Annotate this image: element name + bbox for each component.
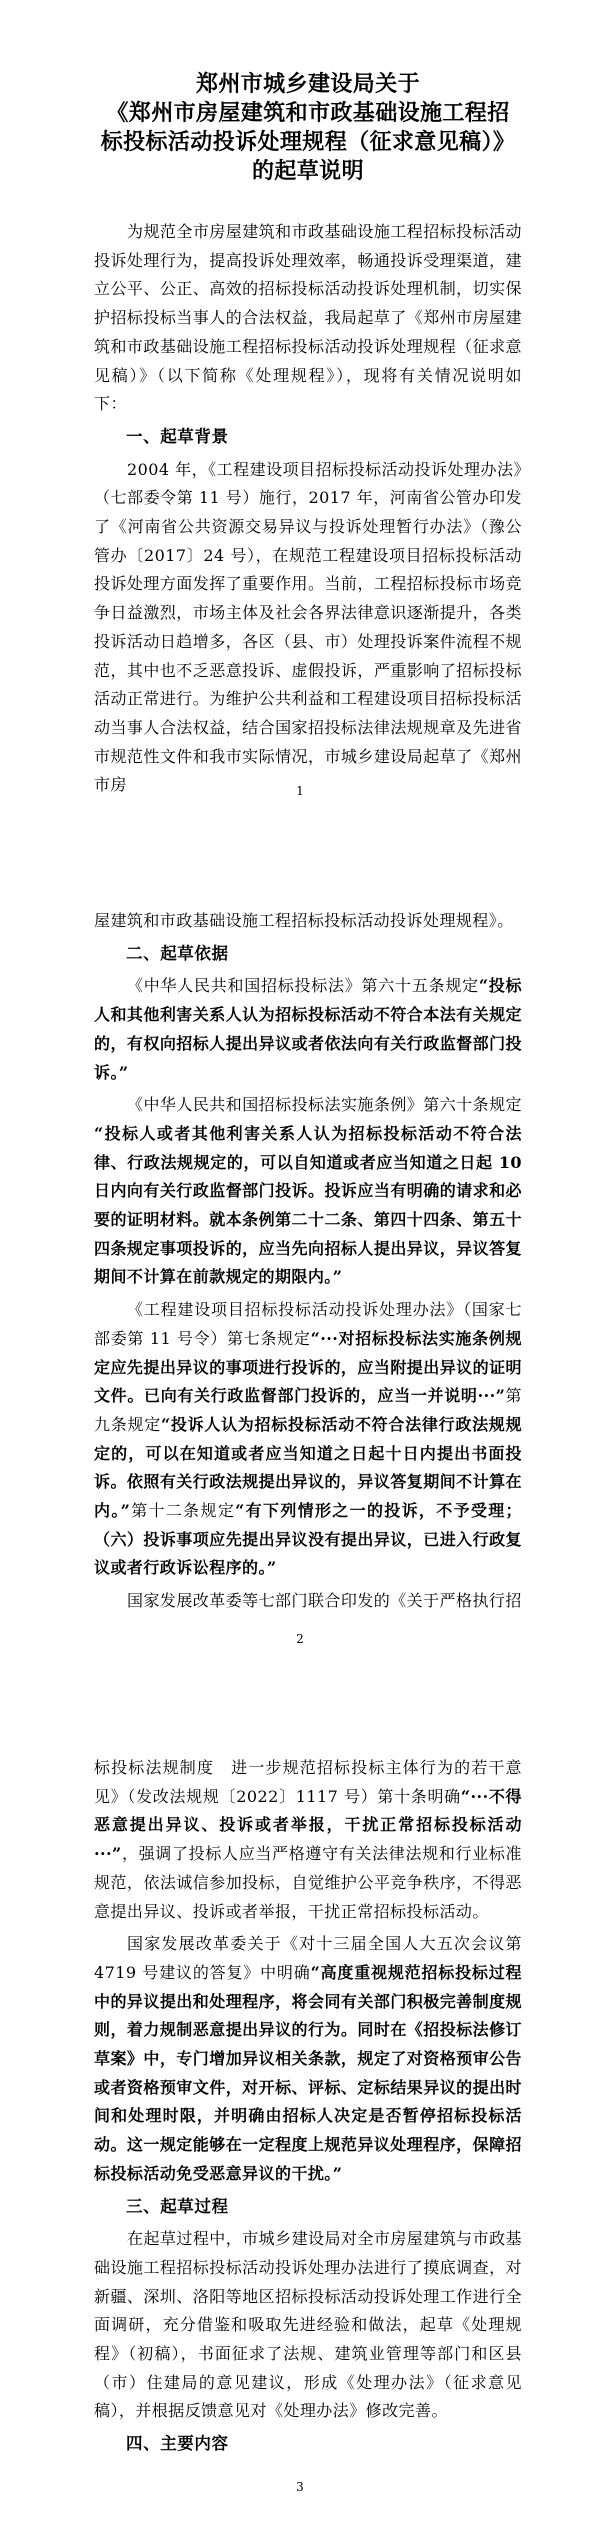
paragraph: 《中华人民共和国招标投标法实施条例》第六十条规定“投标人或者其他利害关系人认为招…	[94, 1091, 522, 1292]
text-segment: 为规范全市房屋建筑和市政基础设施工程招标投标活动投诉处理行为，提高投诉处理效率，…	[94, 222, 522, 413]
page-number: 3	[0, 2480, 600, 2494]
text-segment: 《中华人民共和国招标投标法实施条例》第六十条规定	[127, 1095, 522, 1114]
page-3-content: 标投标法规制度 进一步规范招标投标主体行为的若干意见》（发改法规规〔2022〕1…	[94, 1754, 522, 2463]
text-segment: 第十二条规定	[130, 1501, 235, 1520]
text-segment: 2004 年，《工程建设项目招标投标活动投诉处理办法》（七部委令第 11 号）施…	[94, 460, 522, 795]
page-number: 2	[0, 1632, 600, 1646]
text-segment: 在起草过程中，市城乡建设局对全市房屋建筑与市政基础设施工程招标投标活动投诉处理办…	[94, 2229, 522, 2420]
text-segment: 《中华人民共和国招标投标法》第六十五条规定	[127, 976, 479, 995]
page-2: 屋建筑和市政基础设施工程招标投标活动投诉处理规程》。二、起草依据《中华人民共和国…	[0, 848, 600, 1696]
text-segment: “高度重视规范招标投标过程中的异议提出和处理程序，将会同有关部门积极完善制度规则…	[94, 1963, 522, 2183]
page-1: 郑州市城乡建设局关于 《郑州市房屋建筑和市政基础设施工程招 标投标活动投诉处理规…	[0, 0, 600, 848]
document-canvas: 郑州市城乡建设局关于 《郑州市房屋建筑和市政基础设施工程招 标投标活动投诉处理规…	[0, 0, 600, 2544]
text-segment: 标投标法规制度 进一步规范招标投标主体行为的若干意见》（发改法规规〔2022〕1…	[94, 1758, 522, 1806]
text-segment: 国家发展改革委等七部门联合印发的《关于严格执行招	[127, 1591, 522, 1610]
section-heading: 一、起草背景	[94, 423, 522, 452]
paragraph: 为规范全市房屋建筑和市政基础设施工程招标投标活动投诉处理行为，提高投诉处理效率，…	[94, 218, 522, 419]
text-segment: “投标人或者其他利害关系人认为招标投标活动不符合法律、行政法规规定的，可以自知道…	[94, 1124, 522, 1287]
paragraph: 在起草过程中，市城乡建设局对全市房屋建筑与市政基础设施工程招标投标活动投诉处理办…	[94, 2225, 522, 2426]
paragraph: 国家发展改革委等七部门联合印发的《关于严格执行招	[94, 1587, 522, 1616]
paragraph: 2004 年，《工程建设项目招标投标活动投诉处理办法》（七部委令第 11 号）施…	[94, 456, 522, 800]
paragraph: 标投标法规制度 进一步规范招标投标主体行为的若干意见》（发改法规规〔2022〕1…	[94, 1754, 522, 1926]
page-3: 标投标法规制度 进一步规范招标投标主体行为的若干意见》（发改法规规〔2022〕1…	[0, 1696, 600, 2544]
title-line: 标投标活动投诉处理规程（征求意见稿）》	[88, 128, 528, 157]
page-number: 1	[0, 784, 600, 798]
paragraph: 《中华人民共和国招标投标法》第六十五条规定“投标人和其他利害关系人认为招标投标活…	[94, 972, 522, 1087]
title-line: 的起草说明	[88, 157, 528, 186]
text-segment: 屋建筑和市政基础设施工程招标投标活动投诉处理规程》。	[94, 911, 514, 930]
document-title: 郑州市城乡建设局关于 《郑州市房屋建筑和市政基础设施工程招 标投标活动投诉处理规…	[88, 70, 528, 186]
paragraph: 《工程建设项目招标投标活动投诉处理办法》（国家七部委第 11 号令）第七条规定“…	[94, 1296, 522, 1583]
section-heading: 三、起草过程	[94, 2193, 522, 2222]
title-line: 《郑州市房屋建筑和市政基础设施工程招	[88, 99, 528, 128]
paragraph: 国家发展改革委关于《对十三届全国人大五次会议第 4719 号建议的答复》中明确“…	[94, 1930, 522, 2188]
section-heading: 二、起草依据	[94, 940, 522, 969]
section-heading: 四、主要内容	[94, 2430, 522, 2459]
page-2-content: 屋建筑和市政基础设施工程招标投标活动投诉处理规程》。二、起草依据《中华人民共和国…	[94, 907, 522, 1620]
paragraph: 屋建筑和市政基础设施工程招标投标活动投诉处理规程》。	[94, 907, 522, 936]
text-segment: ，强调了投标人应当严格遵守有关法律法规和行业标准规范，依法诚信参加投标，自觉维护…	[94, 1844, 522, 1920]
page-1-content: 郑州市城乡建设局关于 《郑州市房屋建筑和市政基础设施工程招 标投标活动投诉处理规…	[94, 70, 522, 804]
title-line: 郑州市城乡建设局关于	[88, 70, 528, 99]
